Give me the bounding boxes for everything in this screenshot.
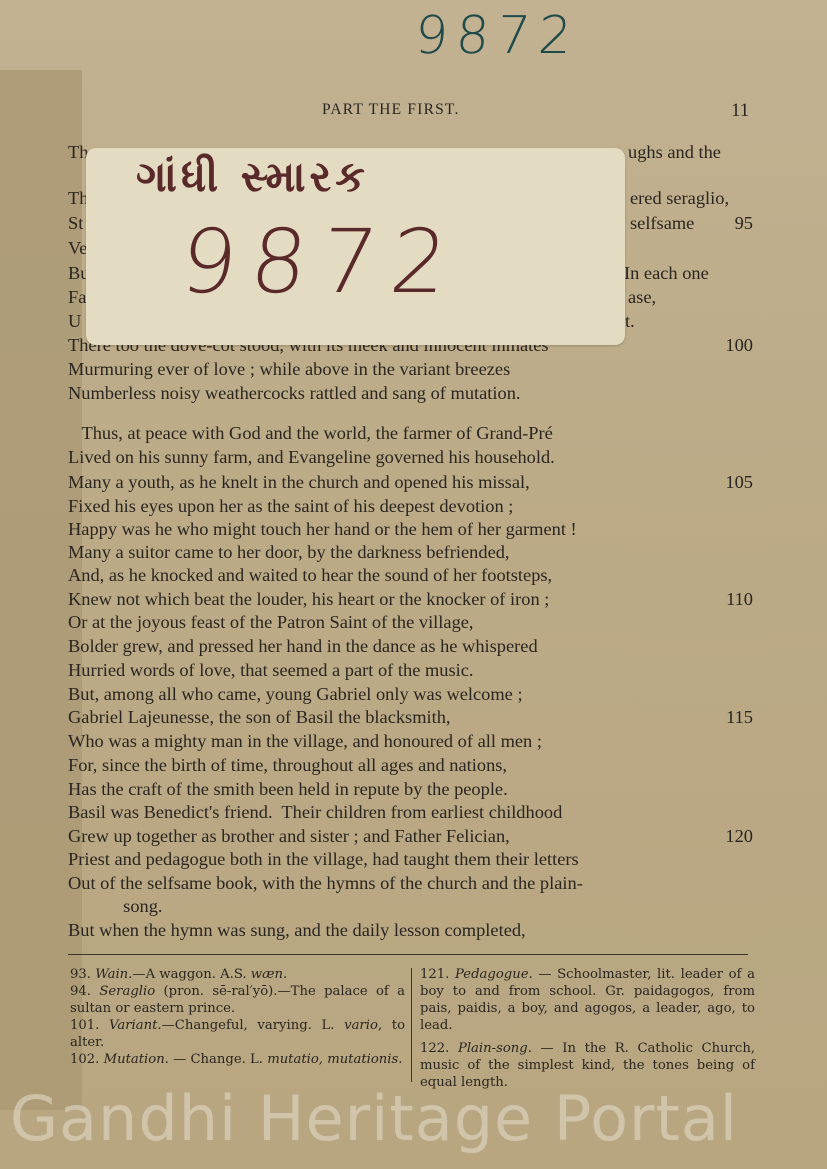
- poem-line-text: Fa: [68, 287, 86, 308]
- poem-line-text: Bolder grew, and pressed her hand in the…: [68, 636, 538, 657]
- line-number: 100: [688, 335, 753, 356]
- poem-line-text: Thus, at peace with God and the world, t…: [68, 423, 553, 444]
- footnote-term: Seraglio: [99, 984, 155, 999]
- poem-line-text: Hurried words of love, that seemed a par…: [68, 660, 474, 681]
- footnote-body: —A waggon. A.S.: [132, 967, 250, 982]
- poem-line-visible-tail: selfsame: [630, 213, 694, 234]
- running-head: PART THE FIRST. 11: [0, 101, 827, 123]
- footnotes-left-column: 93. Wain.—A waggon. A.S. wæn.94. Seragli…: [70, 966, 405, 1068]
- footnote-term: Mutation.: [104, 1052, 169, 1067]
- poem-line-text: U: [68, 311, 81, 332]
- footnote-etymology: wæn.: [251, 967, 287, 982]
- poem-line-text: Happy was he who might touch her hand or…: [68, 519, 577, 540]
- poem-line-visible-tail: ered seraglio,: [630, 188, 729, 209]
- footnotes-right-column: 121. Pedagogue. — Schoolmaster, lit. lea…: [420, 966, 755, 1097]
- footnote: 101. Variant.—Changeful, varying. L. var…: [70, 1017, 405, 1051]
- poem-line-text: Who was a mighty man in the village, and…: [68, 731, 542, 752]
- poem-line-text: And, as he knocked and waited to hear th…: [68, 565, 552, 586]
- footnote: 94. Seraglio (pron. sē-ral′yō).—The pala…: [70, 983, 405, 1017]
- poem-line-text: But, among all who came, young Gabriel o…: [68, 684, 523, 705]
- footnote: 93. Wain.—A waggon. A.S. wæn.: [70, 966, 405, 983]
- line-number: 120: [688, 826, 753, 847]
- poem-line-text: song.: [68, 896, 163, 917]
- poem-line-text: Has the craft of the smith been held in …: [68, 779, 508, 800]
- poem-line-text: St: [68, 213, 83, 234]
- sticker-number: 9872: [176, 210, 467, 313]
- poem-line-text: For, since the birth of time, throughout…: [68, 755, 507, 776]
- poem-line-text: Grew up together as brother and sister ;…: [68, 826, 510, 847]
- running-title: PART THE FIRST.: [322, 101, 460, 119]
- poem-line-text: Priest and pedagogue both in the village…: [68, 849, 579, 870]
- footnote-rule: [68, 954, 748, 955]
- footnote-body: — Change. L.: [169, 1052, 267, 1067]
- poem-line-text: Basil was Benedict's friend. Their child…: [68, 802, 562, 823]
- footnote-number: 121.: [420, 967, 449, 982]
- watermark: Gandhi Heritage Portal: [10, 1082, 738, 1155]
- footnote-term: Wain.: [95, 967, 132, 982]
- poem-line-text: Gabriel Lajeunesse, the son of Basil the…: [68, 707, 451, 728]
- poem-line-text: But when the hymn was sung, and the dail…: [68, 920, 526, 941]
- footnote: 102. Mutation. — Change. L. mutatio, mut…: [70, 1051, 405, 1068]
- footnote-column-divider: [411, 968, 412, 1082]
- poem-line-text: Or at the joyous feast of the Patron Sai…: [68, 612, 474, 633]
- poem-line-text: Murmuring ever of love ; while above in …: [68, 359, 510, 380]
- footnote-term: Pedagogue.: [455, 967, 533, 982]
- page-number: 11: [731, 100, 749, 122]
- footnote-etymology: vario: [344, 1018, 378, 1033]
- poem-line-text: Many a suitor came to her door, by the d…: [68, 542, 510, 563]
- poem-line-text: Numberless noisy weathercocks rattled an…: [68, 383, 521, 404]
- poem-line-visible-tail: In each one: [624, 263, 709, 284]
- poem-line-visible-tail: ase,: [628, 287, 656, 308]
- poem-line-text: Fixed his eyes upon her as the saint of …: [68, 496, 513, 517]
- line-number: 110: [688, 589, 753, 610]
- line-number: 115: [688, 707, 753, 728]
- footnote-etymology: mutatio, mutationis.: [267, 1052, 402, 1067]
- poem-line-text: Knew not which beat the louder, his hear…: [68, 589, 549, 610]
- poem-line-text: Many a youth, as he knelt in the church …: [68, 472, 530, 493]
- poem-line-text: Out of the selfsame book, with the hymns…: [68, 873, 583, 894]
- footnote-term: Variant.: [109, 1018, 162, 1033]
- footnote-number: 93.: [70, 967, 91, 982]
- line-number: 105: [688, 472, 753, 493]
- footnote: 121. Pedagogue. — Schoolmaster, lit. lea…: [420, 966, 755, 1034]
- library-sticker: ગાંધી સ્મારક 9872: [86, 148, 625, 345]
- footnote-number: 94.: [70, 984, 91, 999]
- footnote-term: Plain-song.: [458, 1041, 532, 1056]
- footnote-number: 102.: [70, 1052, 99, 1067]
- line-number: 95: [688, 213, 753, 234]
- poem-line-visible-tail: ughs and the: [628, 142, 721, 163]
- footnote-number: 122.: [420, 1041, 449, 1056]
- poem-line-text: Lived on his sunny farm, and Evangeline …: [68, 447, 555, 468]
- footnote-body: —Changeful, varying. L.: [162, 1018, 345, 1033]
- handwritten-catalog-number: 9872: [413, 6, 582, 66]
- poem-line-visible-tail: t.: [625, 311, 635, 332]
- footnote-number: 101.: [70, 1018, 99, 1033]
- poem-line-text: Ve: [68, 238, 87, 259]
- sticker-label: ગાંધી સ્મારક: [136, 152, 369, 202]
- scanned-page: 9872 PART THE FIRST. 11 Thughs and theTh…: [0, 0, 827, 1169]
